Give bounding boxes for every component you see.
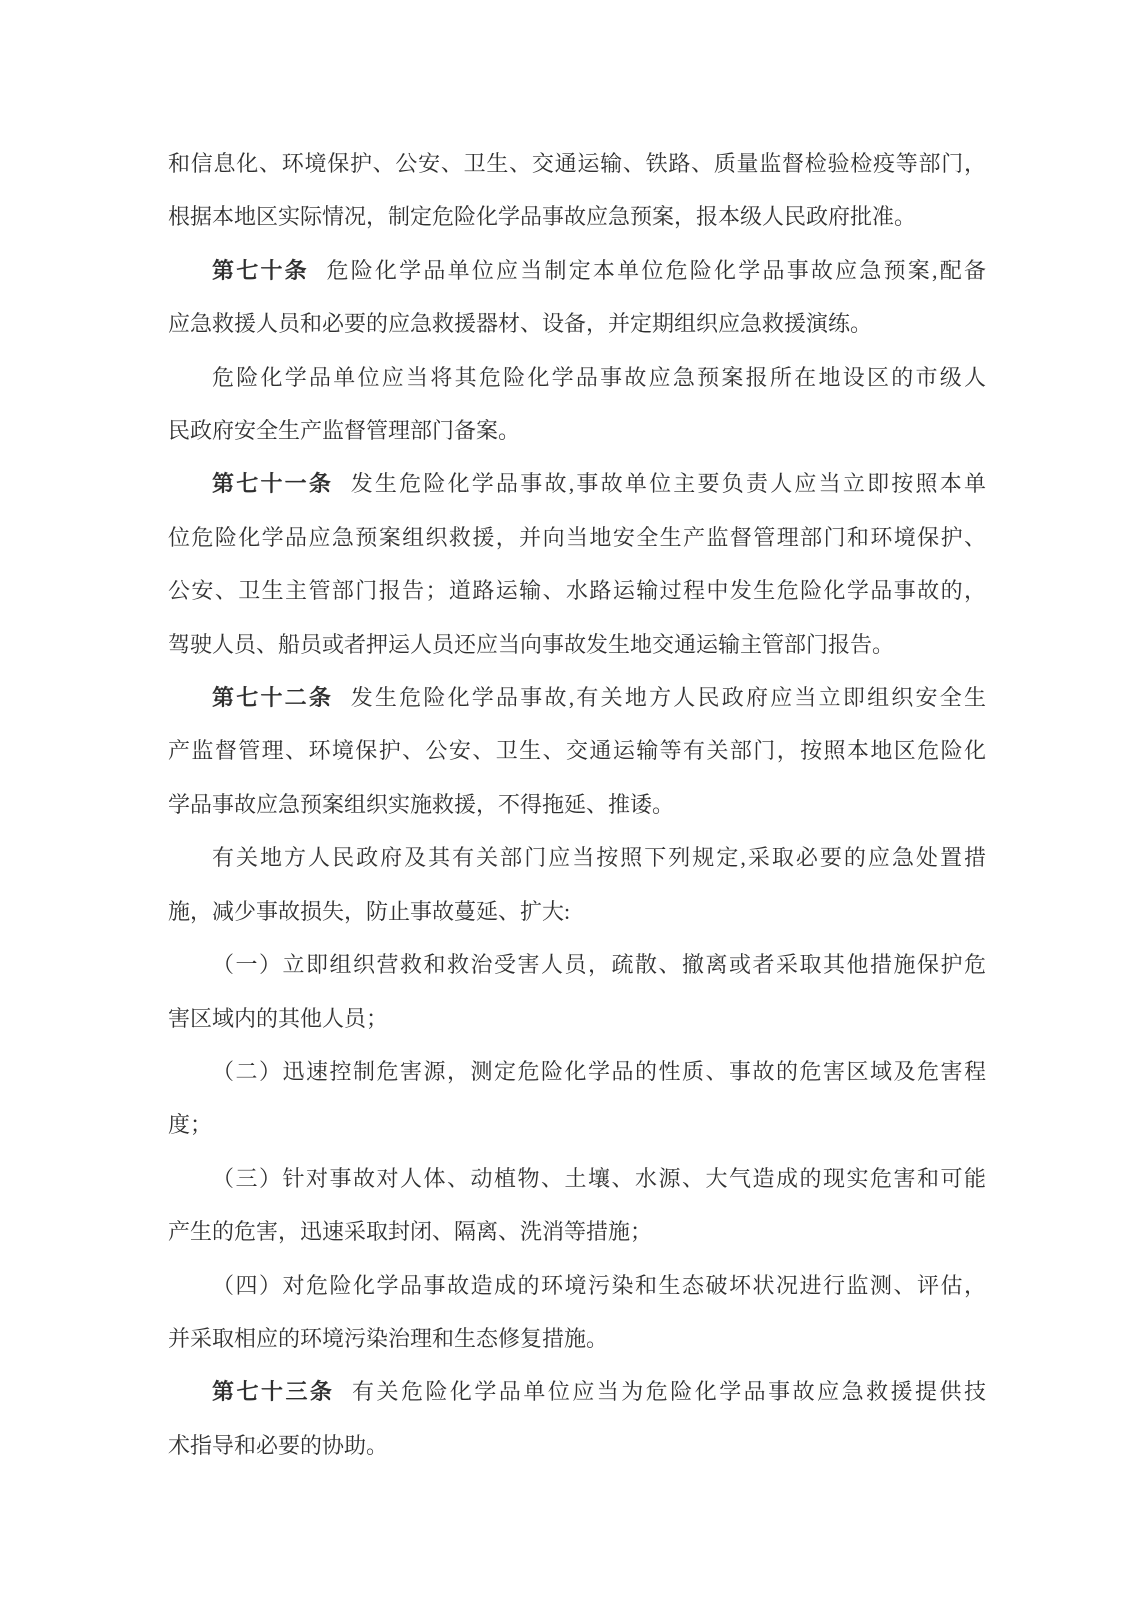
text-line: 根据本地区实际情况，制定危险化学品事故应急预案，报本级人民政府批准。 bbox=[168, 190, 986, 243]
text-line: 驾驶人员、船员或者押运人员还应当向事故发生地交通运输主管部门报告。 bbox=[168, 618, 986, 671]
paragraph: 和信息化、环境保护、公安、卫生、交通运输、铁路、质量监督检验检疫等部门，根据本地… bbox=[168, 137, 986, 244]
article-number: 第七十一条 bbox=[212, 471, 333, 496]
paragraph: （二）迅速控制危害源，测定危险化学品的性质、事故的危害区域及危害程度； bbox=[168, 1045, 986, 1152]
text-line: （四）对危险化学品事故造成的环境污染和生态破坏状况进行监测、评估， bbox=[168, 1259, 986, 1312]
text-line: 第七十条危险化学品单位应当制定本单位危险化学品事故应急预案,配备 bbox=[168, 244, 986, 297]
text-line: 第七十一条发生危险化学品事故,事故单位主要负责人应当立即按照本单 bbox=[168, 457, 986, 510]
paragraph: （一）立即组织营救和救治受害人员，疏散、撤离或者采取其他措施保护危害区域内的其他… bbox=[168, 938, 986, 1045]
text-line: 产监督管理、环境保护、公安、卫生、交通运输等有关部门，按照本地区危险化 bbox=[168, 724, 986, 777]
paragraph: 第七十条危险化学品单位应当制定本单位危险化学品事故应急预案,配备应急救援人员和必… bbox=[168, 244, 986, 351]
paragraph: 第七十二条发生危险化学品事故,有关地方人民政府应当立即组织安全生产监督管理、环境… bbox=[168, 671, 986, 831]
text-line: （一）立即组织营救和救治受害人员，疏散、撤离或者采取其他措施保护危 bbox=[168, 938, 986, 991]
article-number: 第七十三条 bbox=[212, 1379, 334, 1404]
document-page: 和信息化、环境保护、公安、卫生、交通运输、铁路、质量监督检验检疫等部门，根据本地… bbox=[0, 0, 1132, 1600]
text-line: 和信息化、环境保护、公安、卫生、交通运输、铁路、质量监督检验检疫等部门， bbox=[168, 137, 986, 190]
text-line: 位危险化学品应急预案组织救援，并向当地安全生产监督管理部门和环境保护、 bbox=[168, 511, 986, 564]
text-line: 产生的危害，迅速采取封闭、隔离、洗消等措施； bbox=[168, 1205, 986, 1258]
text-line: 并采取相应的环境污染治理和生态修复措施。 bbox=[168, 1312, 986, 1365]
text-line: 度； bbox=[168, 1098, 986, 1151]
text-line: 学品事故应急预案组织实施救援，不得拖延、推诿。 bbox=[168, 778, 986, 831]
paragraph: （三）针对事故对人体、动植物、土壤、水源、大气造成的现实危害和可能产生的危害，迅… bbox=[168, 1152, 986, 1259]
text-line: 第七十三条有关危险化学品单位应当为危险化学品事故应急救援提供技 bbox=[168, 1365, 986, 1418]
text-line: 应急救援人员和必要的应急救援器材、设备，并定期组织应急救援演练。 bbox=[168, 297, 986, 350]
text-line: （三）针对事故对人体、动植物、土壤、水源、大气造成的现实危害和可能 bbox=[168, 1152, 986, 1205]
text-line: 第七十二条发生危险化学品事故,有关地方人民政府应当立即组织安全生 bbox=[168, 671, 986, 724]
text-line: （二）迅速控制危害源，测定危险化学品的性质、事故的危害区域及危害程 bbox=[168, 1045, 986, 1098]
text-line: 危险化学品单位应当将其危险化学品事故应急预案报所在地设区的市级人 bbox=[168, 351, 986, 404]
paragraph: 有关地方人民政府及其有关部门应当按照下列规定,采取必要的应急处置措施，减少事故损… bbox=[168, 831, 986, 938]
paragraph: 第七十三条有关危险化学品单位应当为危险化学品事故应急救援提供技术指导和必要的协助… bbox=[168, 1365, 986, 1472]
document-body: 和信息化、环境保护、公安、卫生、交通运输、铁路、质量监督检验检疫等部门，根据本地… bbox=[168, 137, 986, 1472]
paragraph: 危险化学品单位应当将其危险化学品事故应急预案报所在地设区的市级人民政府安全生产监… bbox=[168, 351, 986, 458]
text-line: 民政府安全生产监督管理部门备案。 bbox=[168, 404, 986, 457]
article-number: 第七十条 bbox=[212, 258, 309, 283]
text-line: 有关地方人民政府及其有关部门应当按照下列规定,采取必要的应急处置措 bbox=[168, 831, 986, 884]
article-number: 第七十二条 bbox=[212, 685, 333, 710]
text-line: 害区域内的其他人员； bbox=[168, 992, 986, 1045]
text-line: 术指导和必要的协助。 bbox=[168, 1419, 986, 1472]
text-line: 施，减少事故损失，防止事故蔓延、扩大: bbox=[168, 885, 986, 938]
text-line: 公安、卫生主管部门报告；道路运输、水路运输过程中发生危险化学品事故的， bbox=[168, 564, 986, 617]
paragraph: 第七十一条发生危险化学品事故,事故单位主要负责人应当立即按照本单位危险化学品应急… bbox=[168, 457, 986, 671]
paragraph: （四）对危险化学品事故造成的环境污染和生态破坏状况进行监测、评估，并采取相应的环… bbox=[168, 1259, 986, 1366]
